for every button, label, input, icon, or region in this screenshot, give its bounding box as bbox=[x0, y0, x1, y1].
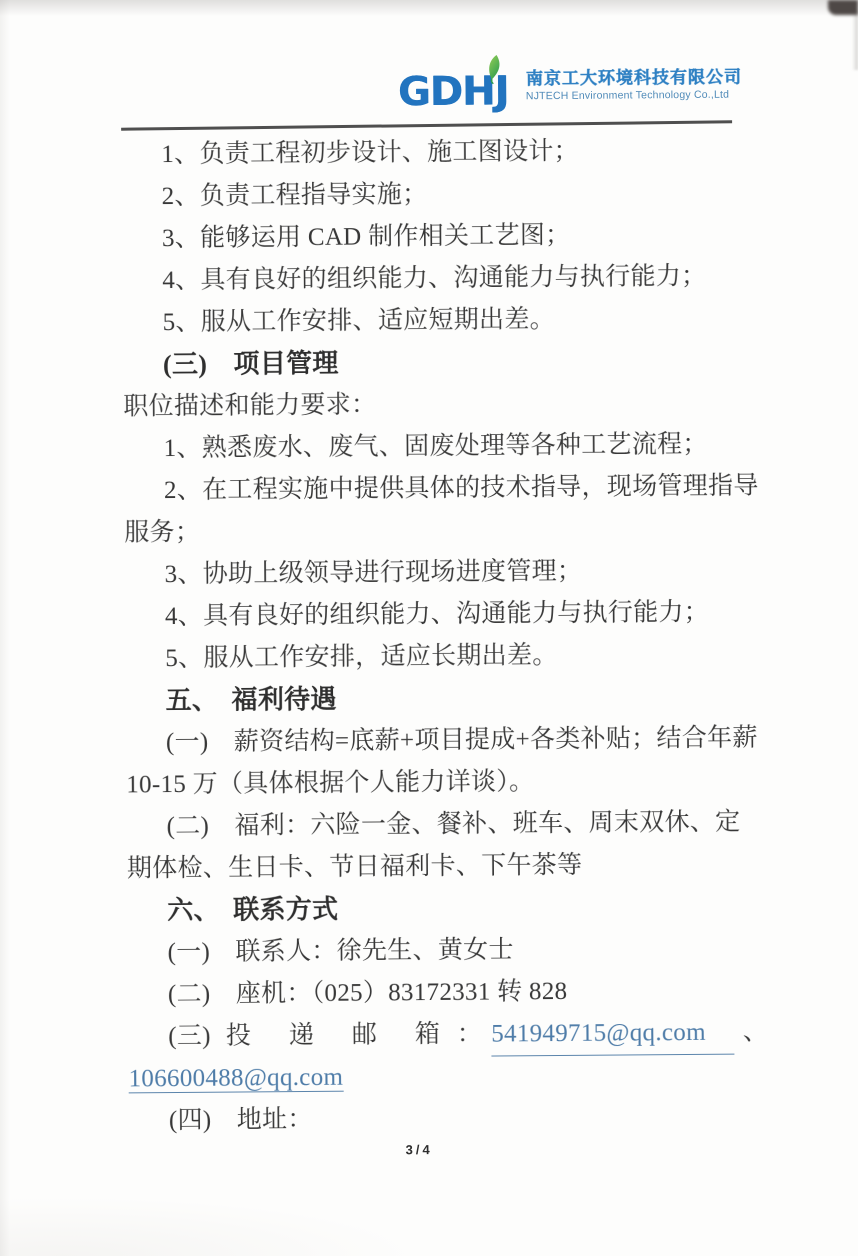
paragraph-line: 期体检、生日卡、节日福利卡、下午茶等 bbox=[127, 843, 767, 890]
company-name-cn: 南京工大环境科技有限公司 bbox=[526, 68, 742, 90]
list-item: 2、在工程实施中提供具体的技术指导，现场管理指导 bbox=[124, 465, 764, 512]
list-item: 4、具有良好的组织能力、沟通能力与执行能力； bbox=[122, 255, 762, 302]
document-body: 1、负责工程初步设计、施工图设计； 2、负责工程指导实施； 3、能够运用 CAD… bbox=[121, 129, 769, 1142]
company-name-en: NJTECH Environment Technology Co.,Ltd bbox=[526, 88, 742, 104]
page-number: 3/4 bbox=[0, 1139, 848, 1161]
list-item: 1、负责工程初步设计、施工图设计； bbox=[121, 129, 761, 176]
list-item: 5、服从工作安排，适应长期出差。 bbox=[125, 633, 765, 680]
list-item: 5、服从工作安排、适应短期出差。 bbox=[122, 297, 762, 344]
photo-edge-shadow-bottom bbox=[0, 1196, 420, 1256]
list-item: (一) 薪资结构=底薪+项目提成+各类补贴；结合年薪 bbox=[126, 717, 766, 764]
section-heading: 五、 福利待遇 bbox=[125, 675, 765, 722]
company-name-block: 南京工大环境科技有限公司 NJTECH Environment Technolo… bbox=[526, 68, 742, 104]
paragraph-line: 服务； bbox=[124, 507, 764, 554]
address-line: (四) 地址： bbox=[129, 1095, 769, 1142]
document-photo: GDHJ 南京工大环境科技有限公司 NJTECH Environment Tec… bbox=[0, 0, 858, 1256]
email-line-label: 投递邮箱 bbox=[226, 1014, 478, 1058]
email-line-colon: ： bbox=[457, 1014, 483, 1056]
paragraph-line: 职位描述和能力要求： bbox=[123, 381, 763, 428]
list-item: 3、能够运用 CAD 制作相关工艺图； bbox=[122, 213, 762, 260]
list-item: (一) 联系人：徐先生、黄女士 bbox=[127, 927, 767, 974]
paragraph-line: 10-15 万（具体根据个人能力详谈）。 bbox=[126, 759, 766, 806]
list-item: 2、负责工程指导实施； bbox=[122, 171, 762, 218]
email-link[interactable]: 541949715@qq.com bbox=[491, 1012, 734, 1057]
list-item: 1、熟悉废水、废气、固废处理等各种工艺流程； bbox=[123, 423, 763, 470]
photo-edge-shadow-right bbox=[852, 10, 858, 70]
email-line: (三) 投递邮箱 ： 541949715@qq.com 、 bbox=[128, 1011, 768, 1058]
section-heading: 六、 联系方式 bbox=[127, 885, 767, 932]
list-item: 4、具有良好的组织能力、沟通能力与执行能力； bbox=[125, 591, 765, 638]
email-line-separator: 、 bbox=[743, 1011, 769, 1053]
list-item: 3、协助上级领导进行现场进度管理； bbox=[124, 549, 764, 596]
email-line-2: 106600488@qq.com bbox=[128, 1053, 768, 1100]
document-sheet: GDHJ 南京工大环境科技有限公司 NJTECH Environment Tec… bbox=[0, 0, 858, 1256]
photo-edge-shadow-left bbox=[0, 0, 10, 1256]
letterhead: GDHJ 南京工大环境科技有限公司 NJTECH Environment Tec… bbox=[396, 58, 397, 122]
list-item: (二) 座机：（025）83172331 转 828 bbox=[128, 969, 768, 1016]
email-link[interactable]: 106600488@qq.com bbox=[128, 1064, 343, 1094]
header-rule bbox=[121, 120, 732, 130]
list-item: (二) 福利：六险一金、餐补、班车、周末双休、定 bbox=[126, 801, 766, 848]
email-line-prefix: (三) bbox=[168, 1016, 211, 1058]
section-heading: (三) 项目管理 bbox=[123, 339, 763, 386]
